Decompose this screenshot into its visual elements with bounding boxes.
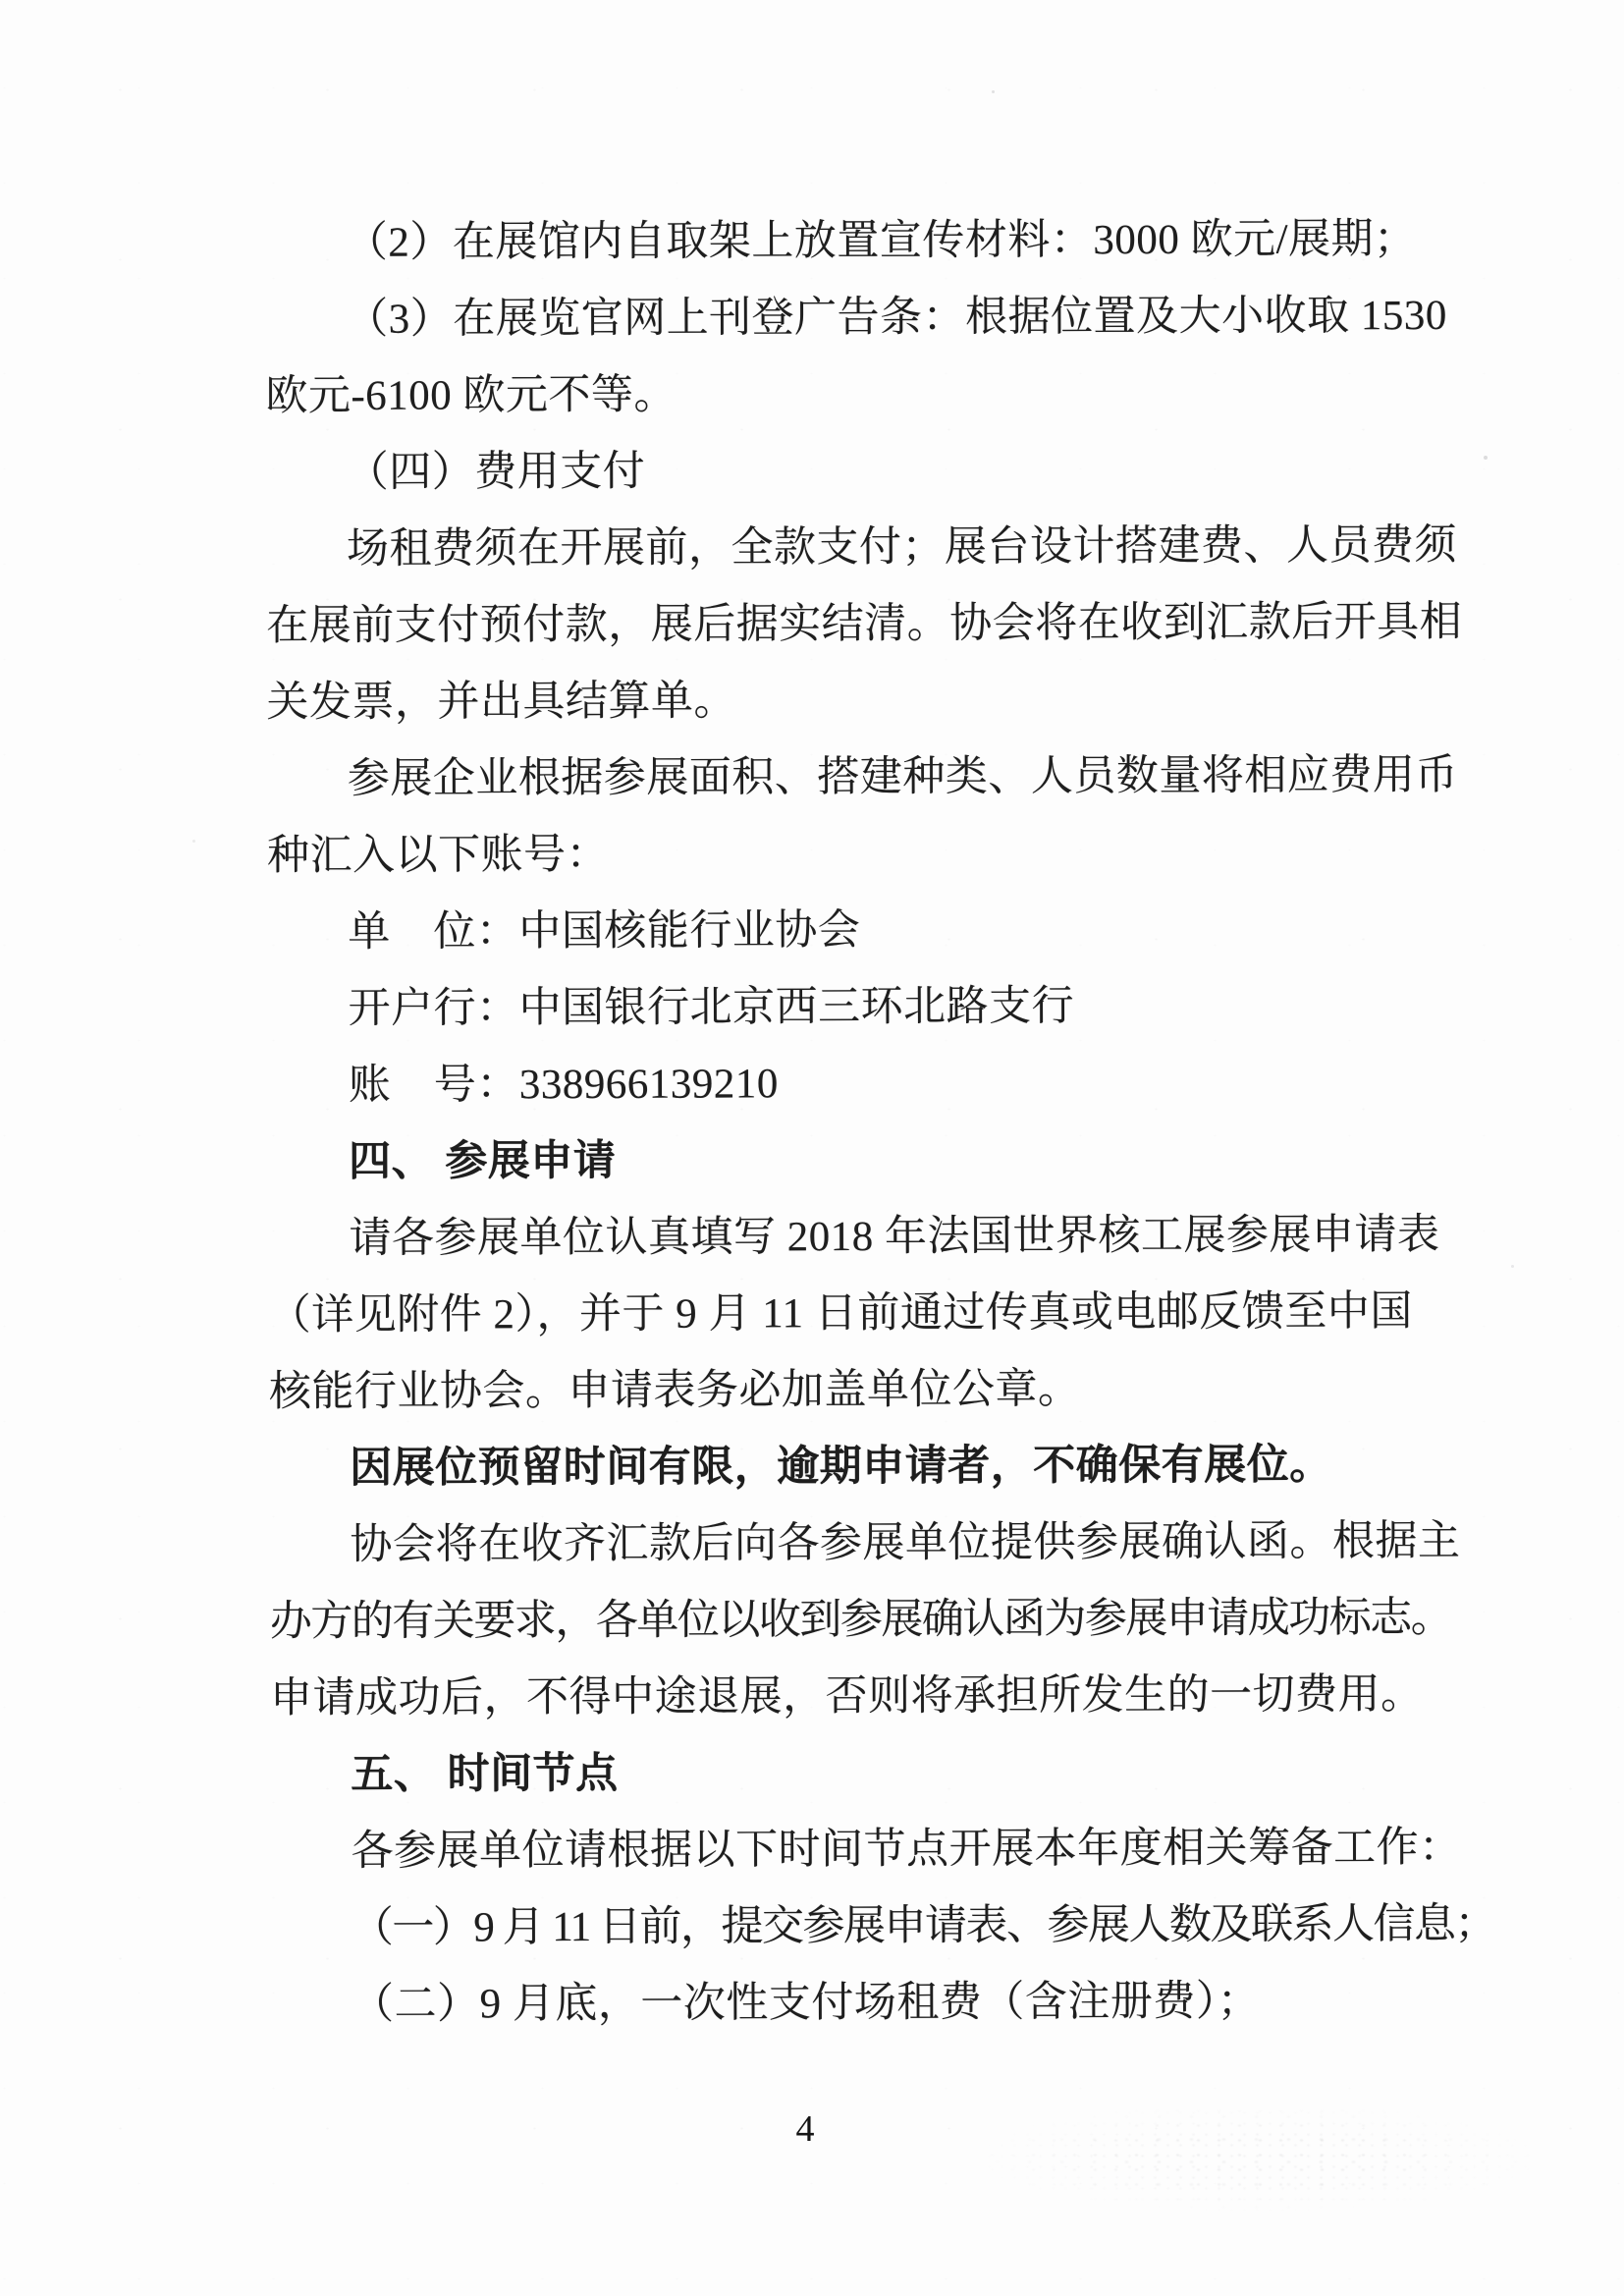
text-line: （2）在展馆内自取架上放置宣传材料：3000 欧元/展期； — [265, 201, 1483, 282]
text-line: 五、 时间节点 — [270, 1733, 1488, 1814]
scan-speck — [192, 840, 195, 843]
text-line: 在展前支付预付款，展后据实结清。协会将在收到汇款后开具相 — [266, 584, 1484, 665]
scan-speck — [1511, 1265, 1514, 1268]
scan-speck — [992, 90, 995, 93]
text-line: 四、 参展申请 — [268, 1121, 1486, 1201]
text-line: 核能行业协会。申请表务必加盖单位公章。 — [269, 1350, 1487, 1431]
scan-speck — [1484, 456, 1488, 460]
text-line: 申请成功后，不得中途退展，否则将承担所发生的一切费用。 — [270, 1657, 1488, 1737]
text-line: 账 号：338966139210 — [268, 1044, 1486, 1124]
text-line: 请各参展单位认真填写 2018 年法国世界核工展参展申请表 — [268, 1197, 1486, 1278]
text-line: （3）在展览官网上刊登广告条：根据位置及大小收取 1530 — [265, 278, 1483, 358]
text-line: 开户行：中国银行北京西三环北路支行 — [267, 967, 1485, 1048]
text-line: 因展位预留时间有限，逾期申请者，不确保有展位。 — [269, 1427, 1487, 1507]
text-line: 关发票，并出具结算单。 — [266, 661, 1484, 741]
text-line: 协会将在收齐汇款后向各参展单位提供参展确认函。根据主 — [269, 1503, 1487, 1584]
text-line: 办方的有关要求，各单位以收到参展确认函为参展申请成功标志。 — [270, 1580, 1488, 1661]
scan-smudge — [938, 2102, 1605, 2249]
text-line: （详见附件 2），并于 9 月 11 日前通过传真或电邮反馈至中国 — [269, 1274, 1487, 1354]
text-line: （二）9 月底，一次性支付场租费（含注册费）； — [271, 1963, 1489, 2044]
text-line: 单 位：中国核能行业协会 — [267, 891, 1485, 971]
page-number: 4 — [756, 2109, 854, 2149]
text-line: （一）9 月 11 日前，提交参展申请表、参展人数及联系人信息； — [271, 1886, 1489, 1967]
scanned-document-page: （2）在展馆内自取架上放置宣传材料：3000 欧元/展期；（3）在展览官网上刊登… — [0, 0, 1624, 2296]
text-line: （四）费用支付 — [266, 431, 1484, 512]
text-line: 场租费须在开展前，全款支付；展台设计搭建费、人员费须 — [266, 508, 1484, 588]
text-line: 欧元-6100 欧元不等。 — [265, 355, 1483, 435]
document-body: （2）在展馆内自取架上放置宣传材料：3000 欧元/展期；（3）在展览官网上刊登… — [265, 201, 1489, 2044]
text-line: 种汇入以下账号： — [267, 814, 1485, 895]
text-line: 参展企业根据参展面积、搭建种类、人员数量将相应费用币 — [267, 738, 1485, 818]
text-line: 各参展单位请根据以下时间节点开展本年度相关筹备工作： — [270, 1810, 1488, 1890]
